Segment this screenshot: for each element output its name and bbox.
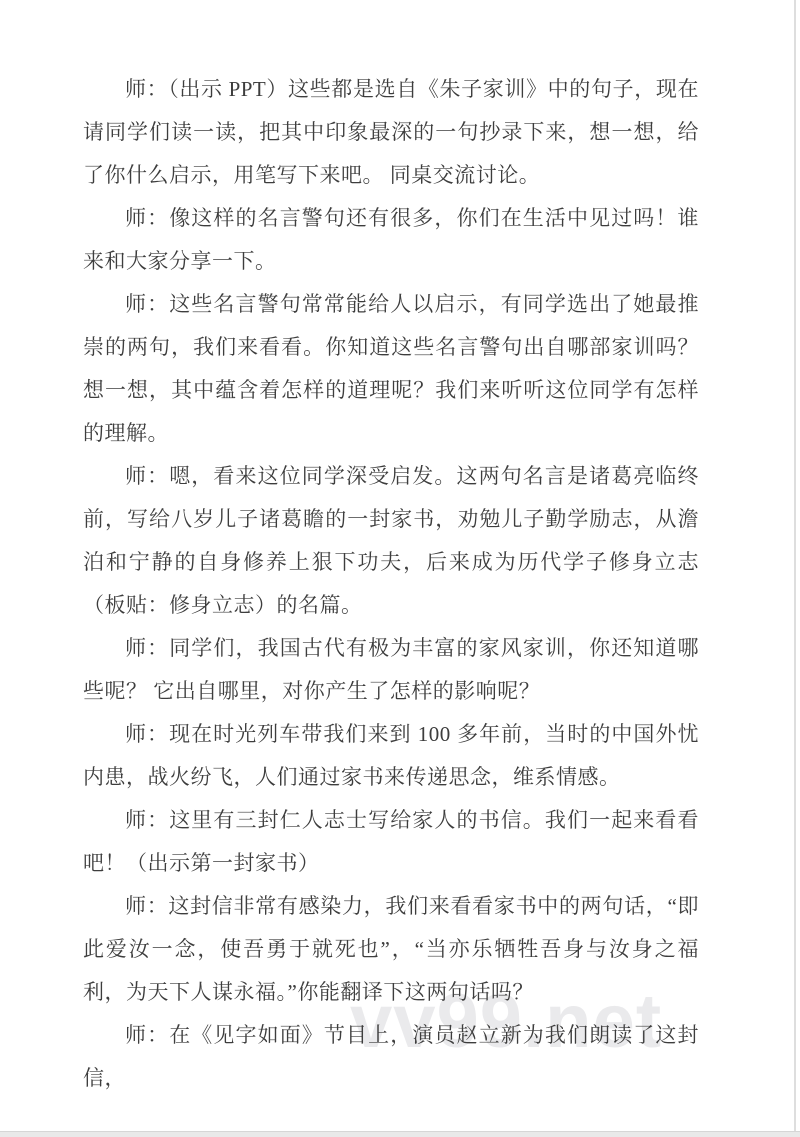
paragraph-2: 师：像这样的名言警句还有很多，你们在生活中见过吗！谁来和大家分享一下。 bbox=[83, 197, 699, 283]
page-right-edge-line bbox=[794, 0, 796, 1131]
paragraph-4: 师：嗯，看来这位同学深受启发。这两句名言是诸葛亮临终前，写给八岁儿子诸葛瞻的一封… bbox=[83, 455, 699, 627]
paragraph-5: 师：同学们，我国古代有极为丰富的家风家训，你还知道哪些呢？ 它出自哪里，对你产生… bbox=[83, 627, 699, 713]
document-page: vv99.net 师：（出示 PPT）这些都是选自《朱子家训》中的句子，现在请同… bbox=[0, 0, 800, 1137]
paragraph-7: 师：这里有三封仁人志士写给家人的书信。我们一起来看看吧！（出示第一封家书） bbox=[83, 799, 699, 885]
paragraph-8: 师：这封信非常有感染力，我们来看看家书中的两句话，“即此爱汝一念，使吾勇于就死也… bbox=[83, 885, 699, 1014]
paragraph-3: 师：这些名言警句常常能给人以启示，有同学选出了她最推崇的两句，我们来看看。你知道… bbox=[83, 283, 699, 455]
paragraph-6: 师：现在时光列车带我们来到 100 多年前，当时的中国外忧内患，战火纷飞，人们通… bbox=[83, 713, 699, 799]
paragraph-1: 师：（出示 PPT）这些都是选自《朱子家训》中的句子，现在请同学们读一读，把其中… bbox=[83, 68, 699, 197]
document-text: 师：（出示 PPT）这些都是选自《朱子家训》中的句子，现在请同学们读一读，把其中… bbox=[83, 68, 699, 1100]
page-bottom-break-strip bbox=[0, 1131, 800, 1137]
paragraph-9: 师：在《见字如面》节目上，演员赵立新为我们朗读了这封信， bbox=[83, 1014, 699, 1100]
